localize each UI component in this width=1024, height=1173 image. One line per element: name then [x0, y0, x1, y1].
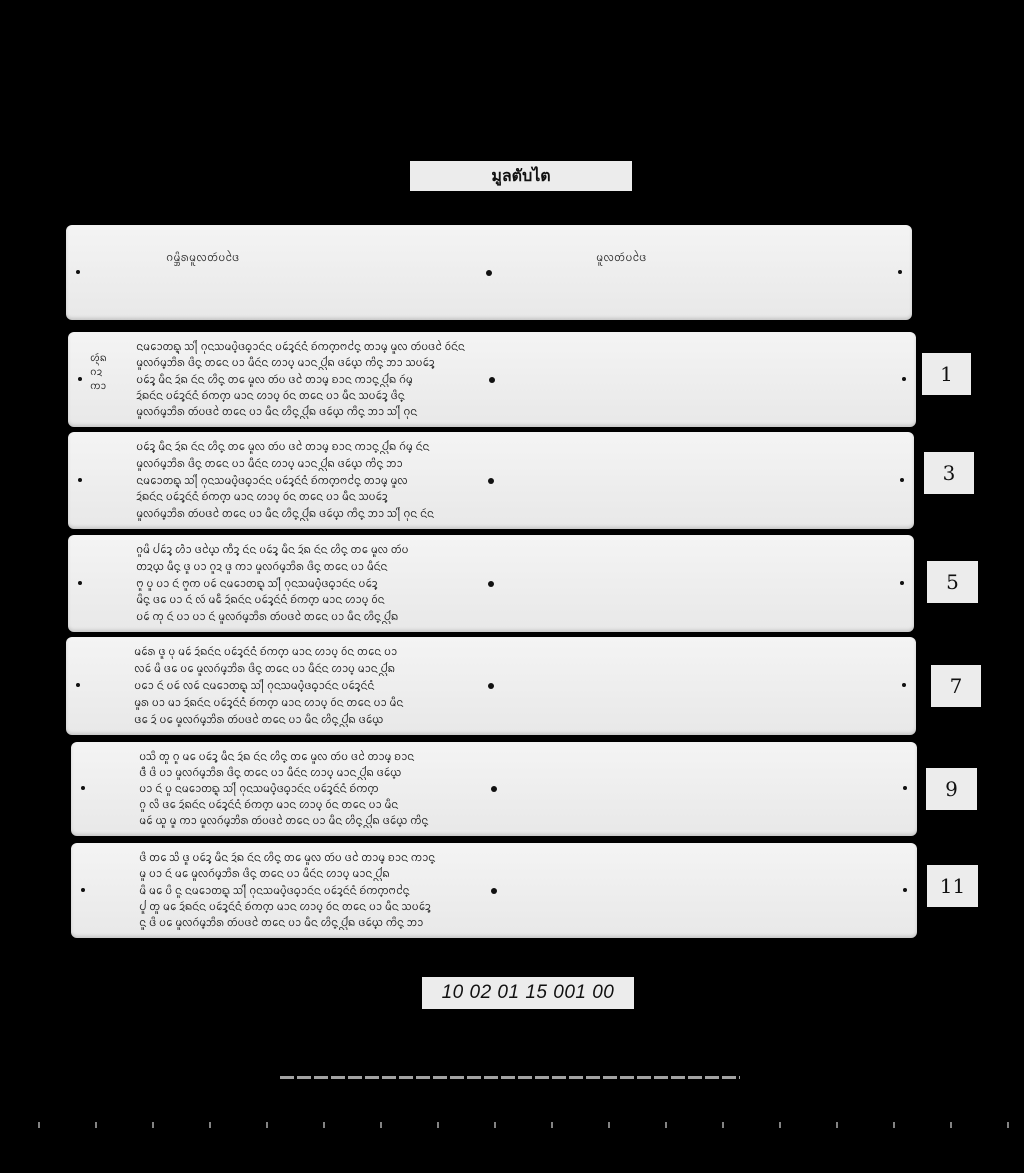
text-line: ᨾᩪ ᨷᩣ ᨶᩢ ᨾᩮ ᨾᩪᩃᨣᩢ᩠ᨾᨽᩦᩁ ᨴᩦ᩠ᨶ ᨲᩮᨶ ᨷᩣ ᨾᩥᨶᩢᨶ…	[139, 867, 897, 881]
text-line: ᨷᩈᩦ ᨲᩪ ᨣᩪ ᨾᩮ ᨷᩮᩢ᩠ᨯ ᨾᩥᨶ ᨯᩢᨦ ᨶᩢᨶ ᩉᩦ᩠ᨶ ᨲᩮ ᨾ…	[139, 750, 897, 764]
edge-hole-icon	[76, 683, 80, 687]
string-hole-icon	[486, 270, 492, 276]
string-hole-icon	[488, 683, 494, 689]
text-line: ᨾᩪᩃᨣᩢ᩠ᨾᨽᩦᩁ ᨲᩢᨷᨴᩱ ᨲᩮᨶ ᨷᩣ ᨾᩥᨶ ᩉᩦ᩠ᨶ ᨸᩖᩢᨦ ᨴᩮ…	[136, 405, 896, 419]
text-line: ᨴᩦ ᨲᩮ ᩈᩦ ᨴᩪ ᨷᩮᩢ᩠ᨯ ᨾᩥᨶ ᨯᩢᨦ ᨶᩢᨶ ᩉᩦ᩠ᨶ ᨲᩮ ᨾᩪ…	[139, 851, 897, 865]
edge-hole-icon	[81, 888, 85, 892]
leaf-number: 3	[943, 461, 956, 485]
text-line: ᨸᩪ ᨲᩪ ᨾᩮ ᨯᩢᨦᨶᩢᨶ ᨷᩮᩢ᩠ᨯᨶᩢᨶᩴ ᨧᩢᨠ᩠ᨠ ᨾᩣᨶ ᩉᩣ᩠ᨷ…	[139, 900, 897, 914]
text-line: ᨣᩪ ᩃᩦ ᨴᩮ ᨯᩢᨦᨶᩢᨶ ᨷᩮᩢ᩠ᨯᨶᩢᨶᩴ ᨧᩢᨠ᩠ᨠ ᨾᩣᨶ ᩉᩣ᩠ᨷ…	[139, 798, 897, 812]
text-line: ᨯᩢᨦᨶᩢᨶ ᨷᩮᩢ᩠ᨯᨶᩢᨶᩴ ᨧᩢᨠ᩠ᨠ ᨾᩣᨶ ᩉᩣ᩠ᨷ ᩅᩢᨶ ᨲᩮᨶ …	[136, 490, 894, 504]
edge-hole-icon	[902, 377, 906, 381]
text-line: ᨴᩮ ᨯᩢ ᨷᩮ ᨾᩪᩃᨣᩢ᩠ᨾᨽᩦᩁ ᨲᩢᨷᨴᩱ ᨲᩮᨶ ᨷᩣ ᨾᩥᨶ ᩉᩦ᩠…	[134, 713, 896, 727]
text-line: ᨶᩪ ᨴᩦ ᨷᩮ ᨾᩪᩃᨣᩢ᩠ᨾᨽᩦᩁ ᨲᩢᨷᨴᩱ ᨲᩮᨶ ᨷᩣ ᨾᩥᨶ ᩉᩦ᩠…	[139, 916, 897, 930]
film-edge-line	[280, 1076, 740, 1079]
leaf-number: 1	[940, 362, 953, 386]
leaf-9: ᨷᩈᩦ ᨲᩪ ᨣᩪ ᨾᩮ ᨷᩮᩢ᩠ᨯ ᨾᩥᨶ ᨯᩢᨦ ᨶᩢᨶ ᩉᩦ᩠ᨶ ᨲᩮ ᨾ…	[71, 742, 917, 836]
cover-right-text: ᨾᩪᩃᨲᩢᨷᨴᩱ	[596, 249, 646, 267]
leaf-5: ᨣᩪᨾᩦ ᨸᩮᩢ᩠ᨯ ᩉᩫᩣ ᨴᩱ᩠ᨿ ᨠᩥ᩠ᨯ ᨶᩢᨶ ᨷᩮᩢ᩠ᨯ ᨾᩥᨶ ᨯ…	[68, 535, 914, 632]
text-line: ᨷᩮᩢ ᨠᩩ ᨶᩢ ᨷᩣ ᨷᩣ ᨶᩢ ᨾᩪᩃᨣᩢ᩠ᨾᨽᩦᩁ ᨲᩢᨷᨴᩱ ᨲᩮᨶ …	[136, 610, 894, 624]
text-line: ᩃᩮᩢ ᨾᩦ ᨴᩮ ᨷᩮ ᨾᩪᩃᨣᩢ᩠ᨾᨽᩦᩁ ᨴᩦ᩠ᨶ ᨲᩮᨶ ᨷᩣ ᨾᩥᨶᩢ…	[134, 662, 896, 676]
text-line: ᨷᩮᩣ ᨶᩢ ᨷᩮᩢ ᩃᩮᩢ ᨶᨾᩮᩣᨲ᩠ᨳᩩ ᩈᩕᩦ ᨣᩩᨶᩈᨾ᩠ᨷᩫᨴ᩠ᨵᩣ…	[134, 679, 896, 693]
manuscript-title: มูลตับไต	[491, 164, 550, 189]
edge-hole-icon	[78, 377, 82, 381]
leaf-number-label: 1	[922, 353, 971, 395]
text-line: ᨷᩮᩢ᩠ᨯ ᨾᩥᨶ ᨯᩢᨦ ᨶᩢᨶ ᩉᩦ᩠ᨶ ᨲᩮ ᨾᩪᩃ ᨲᩢᨷ ᨴᩱ ᨲᩣ᩠…	[136, 373, 896, 387]
string-hole-icon	[488, 581, 494, 587]
edge-hole-icon	[78, 581, 82, 585]
edge-hole-icon	[898, 270, 902, 274]
leaf-number: 11	[940, 874, 965, 898]
film-specks	[0, 1122, 1024, 1128]
leaf-number: 7	[950, 674, 963, 698]
leaf-1: ᩉ᩠ᨶᩢᨦ ᨣᨯ ᨠᩣ ᨶᨾᩮᩣᨲ᩠ᨳᩩ ᩈᩕᩦ ᨣᩩᨶᩈᨾ᩠ᨷᩫᨴ᩠ᨵᩣᨶᩢᨶ…	[68, 332, 916, 427]
cover-leaf: ᨣᨾ᩠ᨽᩦᩁᨾᩪᩃᨲᩢᨷᨴᩱ ᨾᩪᩃᨲᩢᨷᨴᩱ	[66, 225, 912, 320]
leaf-number: 9	[945, 777, 958, 801]
text-line: ᨷᩣ ᨶᩢ ᨷᩪ ᨶᨾᩮᩣᨲ᩠ᨳᩩ ᩈᩕᩦ ᨣᩩᨶᩈᨾ᩠ᨷᩫᨴ᩠ᨵᩣᨶᩢᨶ ᨷᩮ…	[139, 782, 897, 796]
leaf-number-label: 11	[927, 865, 978, 907]
text-line: ᨾᩮᩢ ᨿᩪ ᨾᩪ ᨠᩣ ᨾᩪᩃᨣᩢ᩠ᨾᨽᩦᩁ ᨲᩢᨷᨴᩱ ᨲᩮᨶ ᨷᩣ ᨾᩥᨶ…	[139, 814, 897, 828]
text-line: ᨷᩮᩢ᩠ᨯ ᨾᩥᨶ ᨯᩢᨦ ᨶᩢᨶ ᩉᩦ᩠ᨶ ᨲᩮ ᨾᩪᩃ ᨲᩢᨷ ᨴᩱ ᨲᩣ᩠…	[136, 440, 894, 454]
text-line: ᨾᩪᩁ ᨷᩣ ᨾᩣ ᨯᩢᨦᨶᩢᨶ ᨷᩮᩢ᩠ᨯᨶᩢᨶᩴ ᨧᩢᨠ᩠ᨠ ᨾᩣᨶ ᩉᩣ᩠…	[134, 696, 896, 710]
text-line: ᨾᩪᩃᨣᩢ᩠ᨾᨽᩦᩁ ᨴᩦ᩠ᨶ ᨲᩮᨶ ᨷᩣ ᨾᩥᨶᩢᨶ ᩉᩣ᩠ᨷ ᨾᩣᨶ ᨸᩖ…	[136, 356, 896, 370]
text-line: ᨾᩮᩢᩁ ᨴᩪ ᨷᩩ ᨾᩮᩢ ᨯᩢᨦᨶᩢᨶ ᨷᩮᩢ᩠ᨯᨶᩢᨶᩴ ᨧᩢᨠ᩠ᨠ ᨾᩣ…	[134, 645, 896, 659]
reference-code: 10 02 01 15 001 00	[442, 982, 615, 1004]
edge-hole-icon	[903, 888, 907, 892]
leaf-7: ᨾᩮᩢᩁ ᨴᩪ ᨷᩩ ᨾᩮᩢ ᨯᩢᨦᨶᩢᨶ ᨷᩮᩢ᩠ᨯᨶᩢᨶᩴ ᨧᩢᨠ᩠ᨠ ᨾᩣ…	[66, 637, 916, 735]
edge-hole-icon	[900, 478, 904, 482]
text-line: ᨲᨯ᩠ᨿ ᨾᩥ᩠ᨶ ᨴᩪ ᨷᩣ ᨣᩪᨯ ᨴᩪ ᨠᩣ ᨾᩪᩃᨣᩢ᩠ᨾᨽᩦᩁ ᨴᩦ᩠…	[136, 560, 894, 574]
reference-code-label: 10 02 01 15 001 00	[422, 977, 634, 1009]
leaf-number-label: 9	[926, 768, 977, 810]
edge-hole-icon	[81, 786, 85, 790]
cover-left-text: ᨣᨾ᩠ᨽᩦᩁᨾᩪᩃᨲᩢᨷᨴᩱ	[166, 249, 239, 267]
margin-note-line: ᨠᩣ	[90, 380, 107, 394]
edge-hole-icon	[76, 270, 80, 274]
leaf-11: ᨴᩦ ᨲᩮ ᩈᩦ ᨴᩪ ᨷᩮᩢ᩠ᨯ ᨾᩥᨶ ᨯᩢᨦ ᨶᩢᨶ ᩉᩦ᩠ᨶ ᨲᩮ ᨾᩪ…	[71, 843, 917, 938]
text-line: ᨶᨾᩮᩣᨲ᩠ᨳᩩ ᩈᩕᩦ ᨣᩩᨶᩈᨾ᩠ᨷᩫᨴ᩠ᨵᩣᨶᩢᨶ ᨷᩮᩢ᩠ᨯᨶᩢᨶᩴ ᨧ…	[136, 474, 894, 488]
string-hole-icon	[488, 478, 494, 484]
text-line: ᨻᩪ ᨷᩪ ᨷᩣ ᨶᩢ ᨻᩪᨠ ᨷᩮᩢ ᨶᨾᩮᩣᨲ᩠ᨳᩩ ᩈᩕᩦ ᨣᩩᨶᩈᨾ᩠ᨷ…	[136, 577, 894, 591]
leaf-number-label: 5	[927, 561, 978, 603]
edge-hole-icon	[903, 786, 907, 790]
leaf-margin-note: ᩉ᩠ᨶᩢᨦ ᨣᨯ ᨠᩣ	[90, 352, 107, 394]
text-line: ᨾᩦ ᨾᩮ ᨷᩦ ᨶᩪ ᨶᨾᩮᩣᨲ᩠ᨳᩩ ᩈᩕᩦ ᨣᩩᨶᩈᨾ᩠ᨷᩫᨴ᩠ᨵᩣᨶᩢᨶ…	[139, 884, 897, 898]
edge-hole-icon	[902, 683, 906, 687]
string-hole-icon	[489, 377, 495, 383]
leaf-number-label: 7	[931, 665, 981, 707]
string-hole-icon	[491, 888, 497, 894]
text-line: ᨣᩪᨾᩦ ᨸᩮᩢ᩠ᨯ ᩉᩫᩣ ᨴᩱ᩠ᨿ ᨠᩥ᩠ᨯ ᨶᩢᨶ ᨷᩮᩢ᩠ᨯ ᨾᩥᨶ ᨯ…	[136, 543, 894, 557]
text-line: ᨾᩪᩃᨣᩢ᩠ᨾᨽᩦᩁ ᨴᩦ᩠ᨶ ᨲᩮᨶ ᨷᩣ ᨾᩥᨶᩢᨶ ᩉᩣ᩠ᨷ ᨾᩣᨶ ᨸᩖ…	[136, 457, 894, 471]
text-line: ᨯᩢᨦᨶᩢᨶ ᨷᩮᩢ᩠ᨯᨶᩢᨶᩴ ᨧᩢᨠ᩠ᨠ ᨾᩣᨶ ᩉᩣ᩠ᨷ ᩅᩢᨶ ᨲᩮᨶ …	[136, 389, 896, 403]
margin-note-line: ᩉ᩠ᨶᩢᨦ	[90, 352, 107, 366]
text-line: ᨾᩦ᩠ᨶ ᨴᩮ ᨷᩣ ᨶᩢ ᩃᩢ ᨾᩮᩥ ᨯᩢᨦᨶᩢᨶ ᨷᩮᩢ᩠ᨯᨶᩢᨶᩴ ᨧᩢ…	[136, 593, 894, 607]
edge-hole-icon	[78, 478, 82, 482]
text-line: ᨶᨾᩮᩣᨲ᩠ᨳᩩ ᩈᩕᩦ ᨣᩩᨶᩈᨾ᩠ᨷᩫᨴ᩠ᨵᩣᨶᩢᨶ ᨷᩮᩢ᩠ᨯᨶᩢᨶᩴ ᨧ…	[136, 340, 896, 354]
string-hole-icon	[491, 786, 497, 792]
manuscript-title-label: มูลตับไต	[410, 161, 632, 191]
leaf-3: ᨷᩮᩢ᩠ᨯ ᨾᩥᨶ ᨯᩢᨦ ᨶᩢᨶ ᩉᩦ᩠ᨶ ᨲᩮ ᨾᩪᩃ ᨲᩢᨷ ᨴᩱ ᨲᩣ᩠…	[68, 432, 914, 529]
edge-hole-icon	[900, 581, 904, 585]
leaf-number: 5	[946, 570, 959, 594]
margin-note-line: ᨣᨯ	[90, 366, 107, 380]
leaf-number-label: 3	[924, 452, 974, 494]
text-line: ᨾᩪᩃᨣᩢ᩠ᨾᨽᩦᩁ ᨲᩢᨷᨴᩱ ᨲᩮᨶ ᨷᩣ ᨾᩥᨶ ᩉᩦ᩠ᨶ ᨸᩖᩢᨦ ᨴᩮ…	[136, 507, 894, 521]
text-line: ᨴᩦᩢ ᨴᩦ ᨷᩣ ᨾᩪᩃᨣᩢ᩠ᨾᨽᩦᩁ ᨴᩦ᩠ᨶ ᨲᩮᨶ ᨷᩣ ᨾᩥᨶᩢᨶ ᩉ…	[139, 766, 897, 780]
